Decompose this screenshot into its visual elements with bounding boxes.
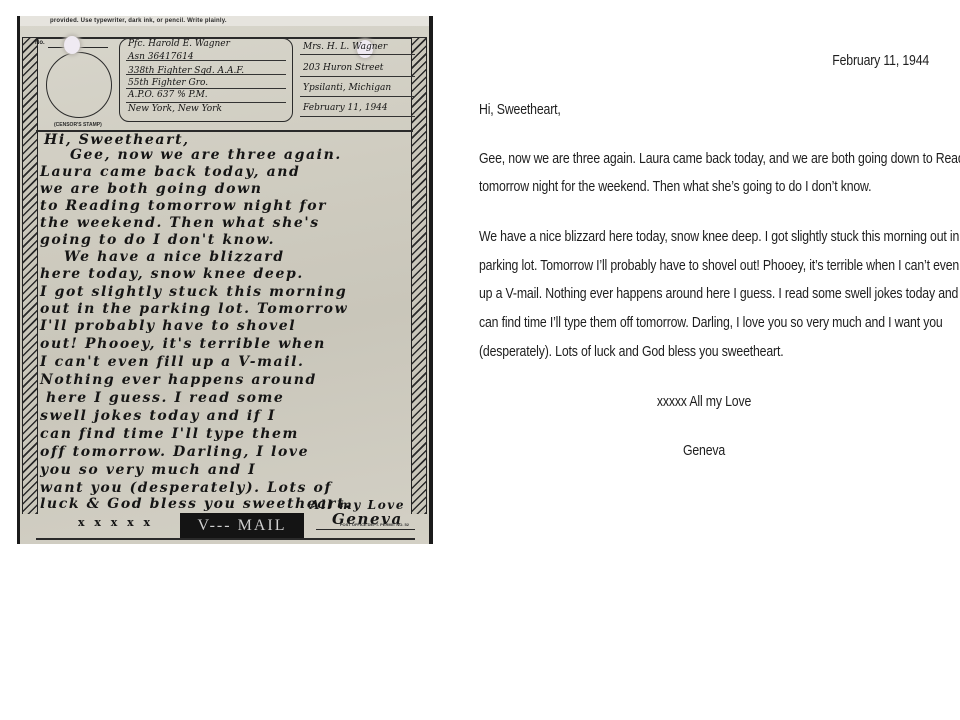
vmail-letter-scan: provided. Use typewriter, dark ink, or p… [17, 16, 433, 544]
sender-line-3: Ypsilanti, Michigan [303, 83, 391, 93]
handwritten-line: We have a nice blizzard [64, 249, 285, 265]
handwritten-line: I'll probably have to shovel [40, 318, 296, 334]
handwritten-line: I can't even fill up a V-mail. [40, 354, 305, 370]
handwritten-line: Nothing ever happens around [40, 372, 317, 388]
censor-stamp-circle [46, 52, 112, 118]
paragraph-2-line: (desperately). Lots of luck and God bles… [479, 343, 783, 361]
handwritten-line: off tomorrow. Darling, I love [40, 444, 309, 460]
handwritten-line: Gee, now we are three again. [70, 147, 342, 163]
address-rule [126, 102, 286, 103]
handwritten-line: swell jokes today and if I [40, 408, 276, 424]
recipient-line-6: New York, New York [128, 104, 222, 114]
permit-label: POST OFFICE DEPT. PERMIT NO. 52 [340, 522, 409, 527]
vmail-logo: V--- MAIL [180, 513, 304, 539]
handwritten-line: to Reading tomorrow night for [40, 198, 327, 214]
recipient-line-5: A.P.O. 637 % P.M. [128, 90, 208, 100]
sender-line-4: February 11, 1944 [303, 103, 388, 113]
handwritten-line: here I guess. I read some [46, 390, 284, 406]
letter-closing: xxxxx All my Love [520, 393, 889, 411]
recipient-line-2: Asn 36417614 [128, 52, 194, 62]
footer-bottom-rule [36, 538, 415, 540]
number-label: No. [35, 40, 45, 46]
sender-rule [300, 96, 415, 97]
paragraph-1-line: Gee, now we are three again. Laura came … [479, 150, 960, 168]
handwritten-line: we are both going down [40, 181, 263, 197]
handwritten-line: here today, snow knee deep. [40, 266, 304, 282]
recipient-line-1: Pfc. Harold E. Wagner [128, 39, 230, 49]
handwritten-line: out! Phooey, it's terrible when [40, 336, 326, 352]
handwritten-line: luck & God bless you sweetheart. [40, 496, 352, 512]
handwritten-line: going to do I don't know. [40, 232, 275, 248]
paragraph-1-line: tomorrow night for the weekend. Then wha… [479, 178, 871, 196]
censor-stamp-label: (CENSOR'S STAMP) [54, 122, 102, 128]
address-rule [126, 88, 286, 89]
letter-date: February 11, 1944 [832, 52, 929, 70]
sender-line-1: Mrs. H. L. Wagner [303, 42, 387, 52]
handwritten-line: want you (desperately). Lots of [40, 480, 332, 496]
recipient-line-3: 338th Fighter Sqd. A.A.F. [128, 66, 244, 76]
handwritten-kisses: x x x x x [78, 516, 153, 529]
handwritten-line: can find time I'll type them [40, 426, 299, 442]
sender-line-2: 203 Huron Street [303, 63, 383, 73]
recipient-line-4: 55th Fighter Gro. [128, 78, 208, 88]
handwritten-line: the weekend. Then what she's [40, 215, 320, 231]
paragraph-2-line: parking lot. Tomorrow I’ll probably have… [479, 257, 960, 275]
letter-transcription: February 11, 1944 Hi, Sweetheart, Gee, n… [479, 0, 929, 720]
handwritten-line: Hi, Sweetheart, [44, 132, 190, 148]
handwritten-line: you so very much and I [40, 462, 256, 478]
sender-rule [300, 76, 415, 77]
paragraph-2-line: can find time I’ll type them off tomorro… [479, 314, 943, 332]
paragraph-2-line: up a V-mail. Nothing ever happens around… [479, 285, 960, 303]
left-hatched-border [22, 38, 38, 514]
right-hatched-border [411, 38, 427, 514]
printed-instructions: provided. Use typewriter, dark ink, or p… [50, 18, 227, 24]
paragraph-2-line: We have a nice blizzard here today, snow… [479, 228, 960, 246]
letter-signature: Geneva [520, 442, 889, 460]
letter-greeting: Hi, Sweetheart, [479, 101, 561, 119]
vmail-paper: provided. Use typewriter, dark ink, or p… [20, 16, 429, 544]
handwritten-line: I got slightly stuck this morning [40, 284, 347, 300]
handwritten-line: Laura came back today, and [40, 164, 300, 180]
footer-rule [316, 529, 415, 530]
sender-rule [300, 116, 415, 117]
sender-rule [300, 54, 415, 55]
handwritten-line: out in the parking lot. Tomorrow [40, 301, 348, 317]
punch-hole-left [64, 36, 80, 54]
